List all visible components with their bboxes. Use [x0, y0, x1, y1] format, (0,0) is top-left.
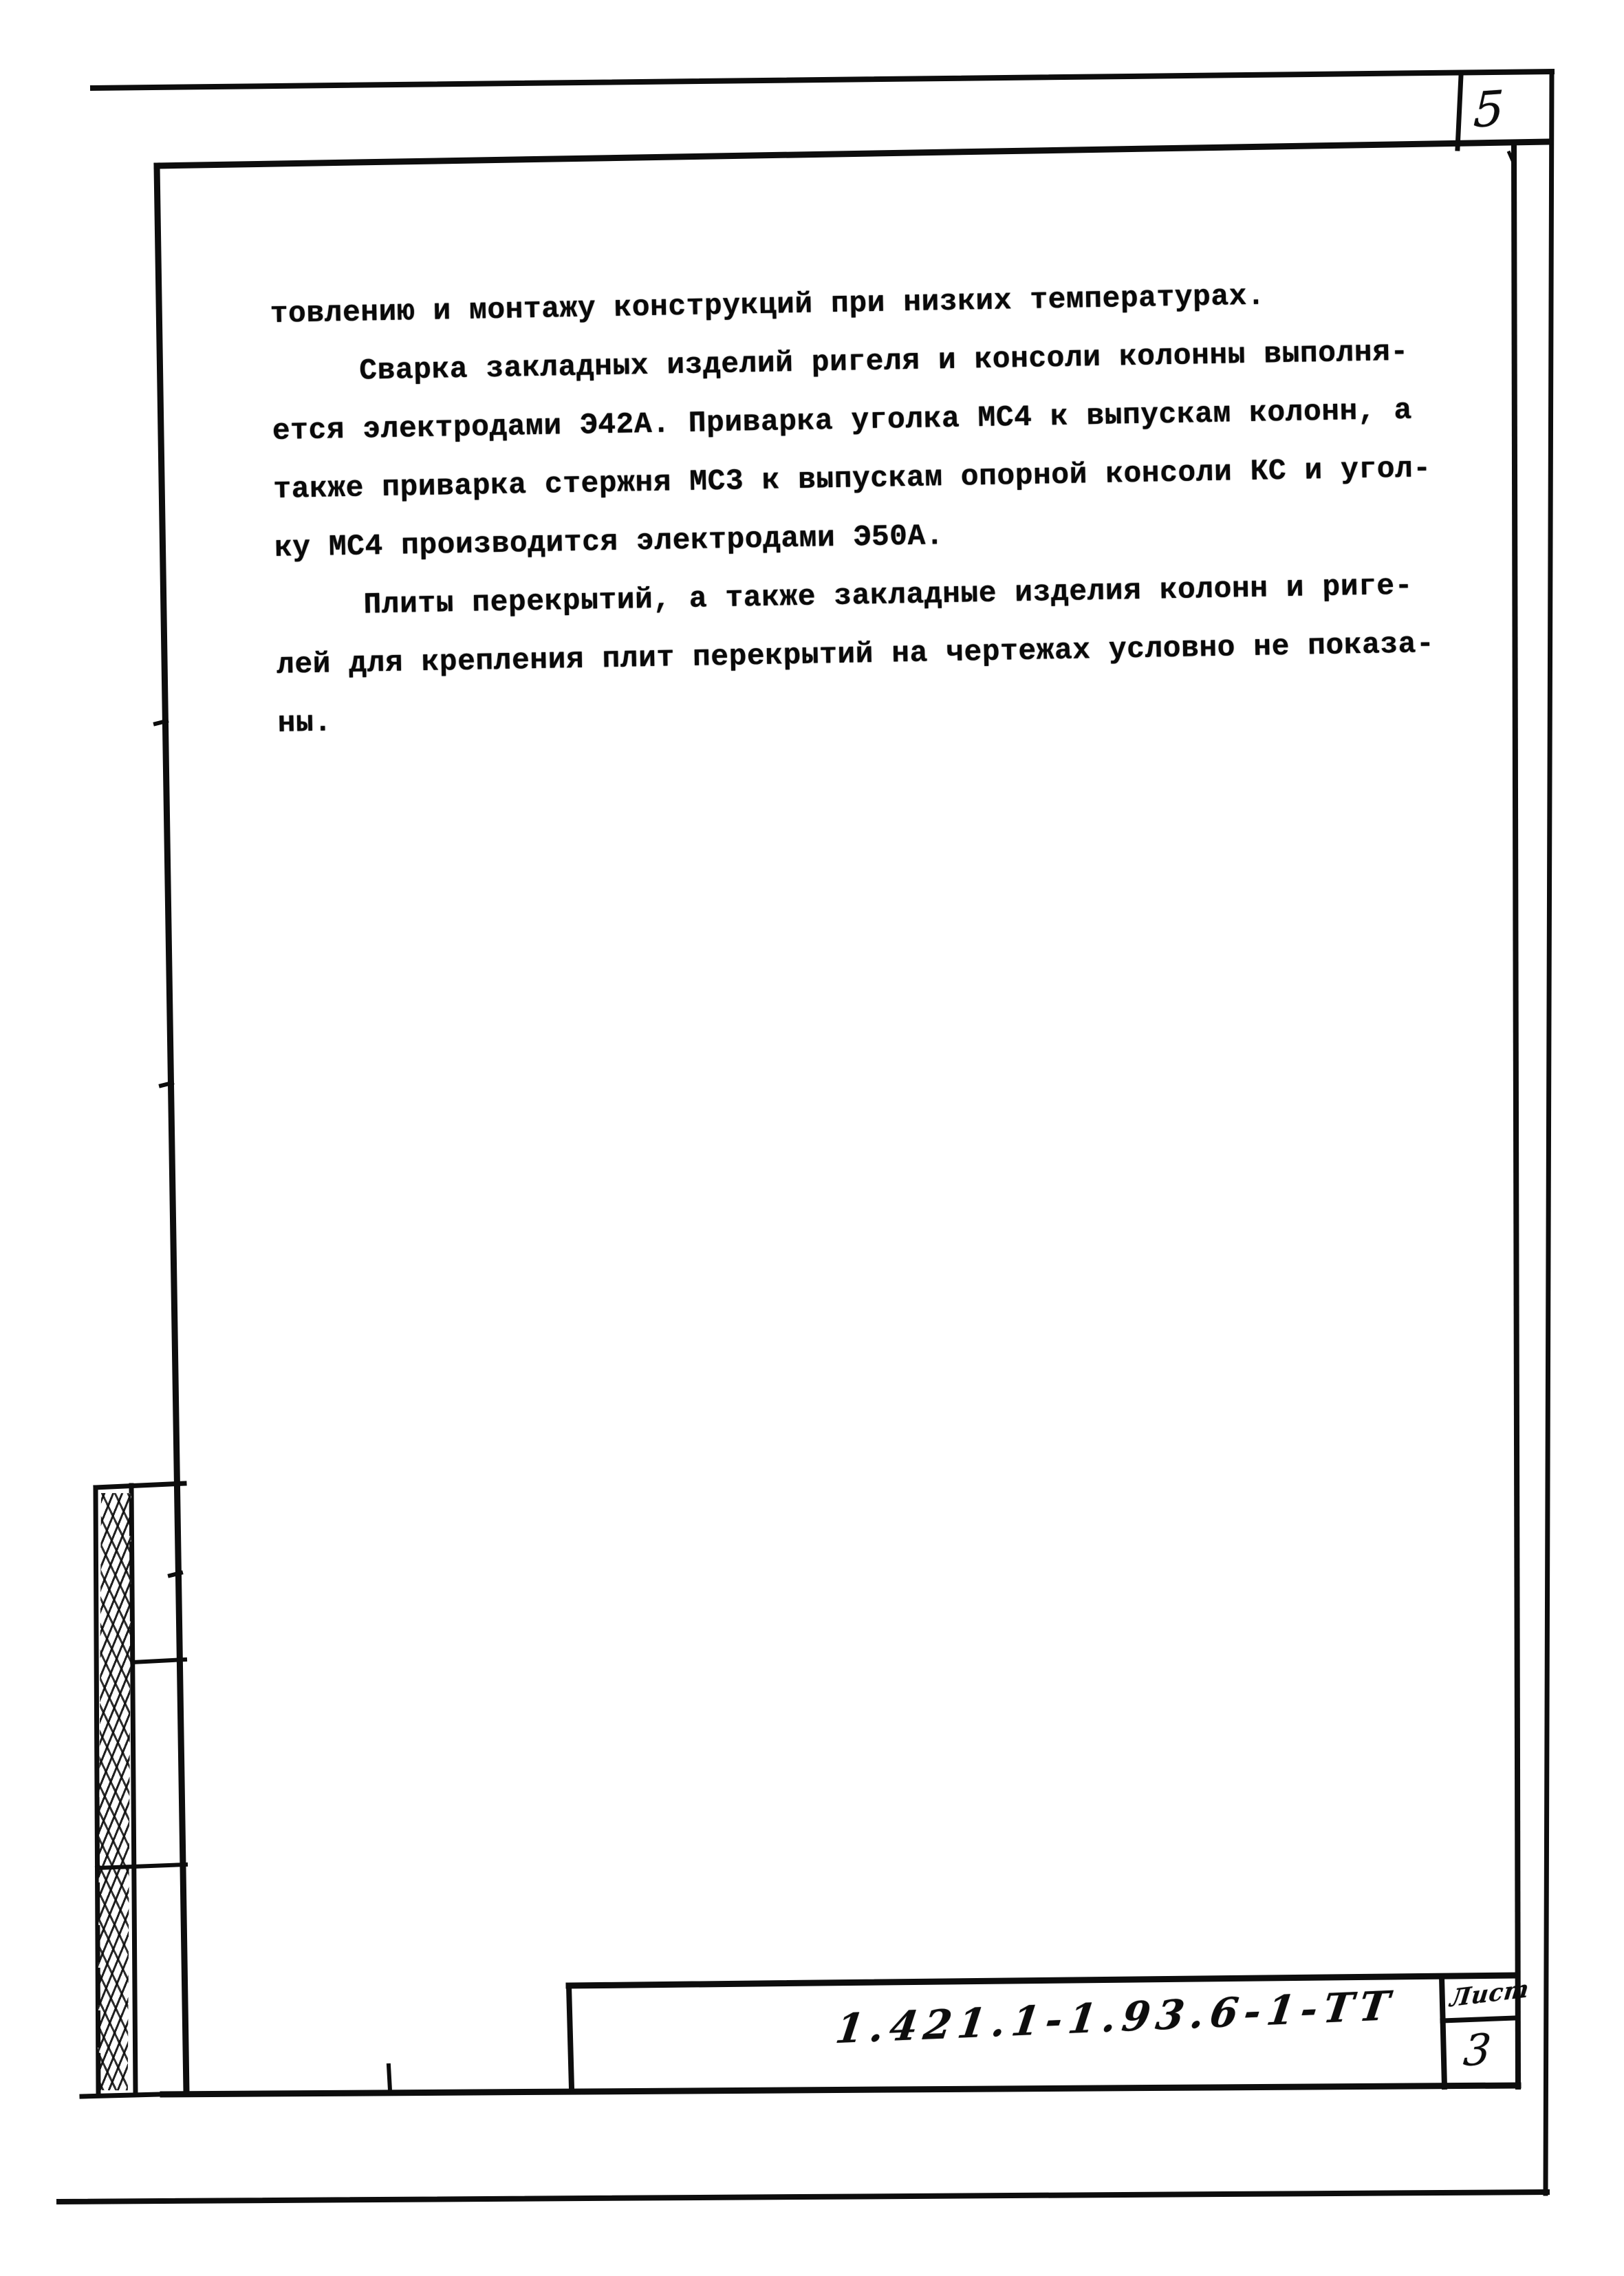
- body-text: товлению и монтажу конструкций при низки…: [270, 263, 1488, 753]
- fold-tick-3: [170, 1573, 181, 1576]
- page-number: 5: [1473, 80, 1505, 139]
- bottom-rule: [59, 2192, 1547, 2202]
- sheet-number: 3: [1462, 2024, 1493, 2076]
- outer-right-rule: [1546, 72, 1552, 2193]
- sheet-column-divider: [1442, 2018, 1515, 2021]
- title-block-left: [569, 1986, 572, 2088]
- page-number-cell-divider: [1458, 76, 1461, 149]
- stamp-column-top: [96, 1483, 184, 1488]
- sheet-column-left: [1442, 1977, 1444, 2087]
- frame-right: [1514, 146, 1518, 2087]
- stamp-strip-right: [131, 1485, 136, 2094]
- scanned-document-page: 5 товлению и монтажу конструкций при низ…: [0, 0, 1624, 2276]
- stamp-column-bottom: [82, 2094, 160, 2096]
- fold-tick-1: [155, 721, 166, 724]
- frame-top: [157, 142, 1550, 166]
- handwritten-stamp-scribbles: [98, 1493, 131, 2090]
- stamp-column-divider-1: [133, 1660, 185, 1662]
- frame-bottom: [163, 2085, 1518, 2094]
- top-rule: [93, 72, 1552, 88]
- frame-left: [157, 166, 186, 2092]
- bottom-tick: [389, 2065, 390, 2090]
- fold-tick-2: [161, 1083, 172, 1086]
